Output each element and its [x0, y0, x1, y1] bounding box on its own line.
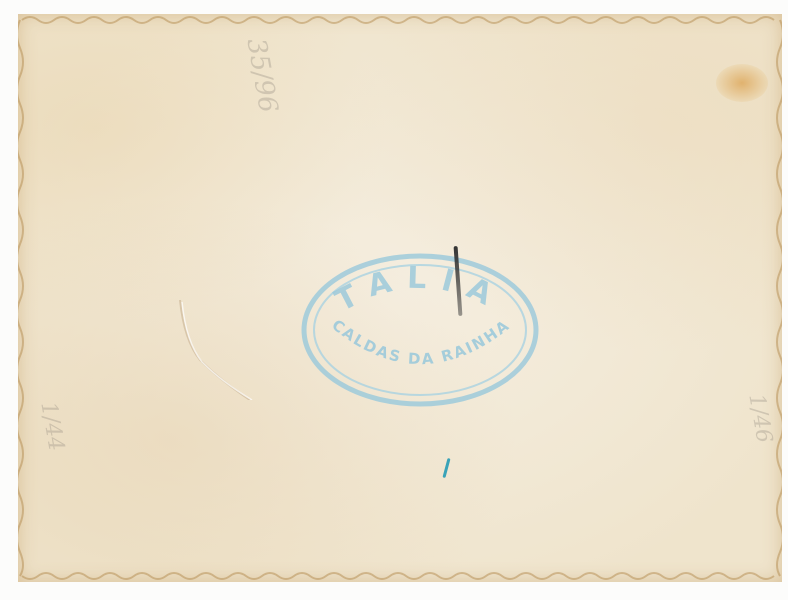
svg-text:CALDAS DA RAINHA: CALDAS DA RAINHA — [328, 316, 513, 368]
stain-mark — [716, 64, 768, 102]
stamp-line-2: CALDAS DA RAINHA — [328, 316, 513, 368]
studio-stamp: TALIA CALDAS DA RAINHA — [300, 252, 540, 408]
paper-crease — [170, 300, 260, 400]
